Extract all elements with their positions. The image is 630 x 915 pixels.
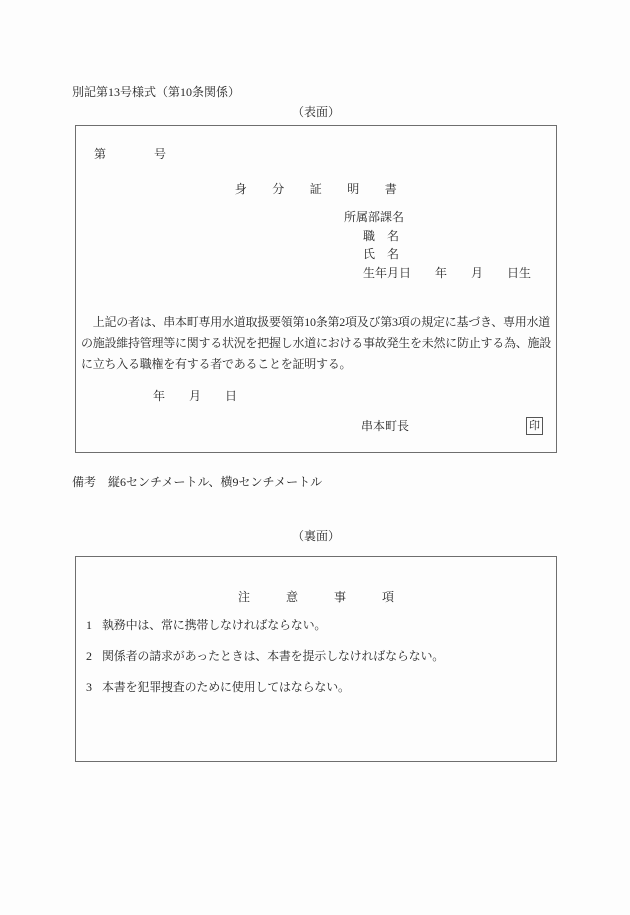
back-notice-box: 注 意 事 項 1 執務中は、常に携帯しなければならない。 2 関係者の請求があ… xyxy=(75,556,557,762)
remarks-note: 備考 縦6センチメートル、横9センチメートル xyxy=(72,474,322,490)
document-number-line: 第 号 xyxy=(94,146,166,162)
field-name: 氏 名 xyxy=(363,245,531,264)
front-certificate-box: 第 号 身 分 証 明 書 所属部課名 職 名 氏 名 生年月日 年 月 日生 … xyxy=(75,125,557,453)
paragraph-line: の施設維持管理等に関する状況を把握し水道における事故発生を未然に防止する為、施設 xyxy=(81,333,551,354)
issuer-title: 串本町長 xyxy=(361,418,409,434)
certificate-title: 身 分 証 明 書 xyxy=(76,181,556,197)
seal-mark: 印 xyxy=(526,417,543,435)
paragraph-line: に立ち入る職権を有する者であることを証明する。 xyxy=(81,354,551,375)
notice-item: 1 執務中は、常に携帯しなければならない。 xyxy=(86,617,546,633)
field-position: 職 名 xyxy=(363,227,531,246)
notice-item: 2 関係者の請求があったときは、本書を提示しなければならない。 xyxy=(86,648,546,664)
paragraph-line: 上記の者は、串本町専用水道取扱要領第10条第2項及び第3項の規定に基づき、専用水… xyxy=(81,312,551,333)
form-style-header: 別記第13号様式（第10条関係） xyxy=(72,84,240,100)
document-page: 別記第13号様式（第10条関係） （表面） 第 号 身 分 証 明 書 所属部課… xyxy=(0,0,630,915)
identity-fields: 所属部課名 職 名 氏 名 生年月日 年 月 日生 xyxy=(344,208,531,282)
notice-item: 3 本書を犯罪捜査のために使用してはならない。 xyxy=(86,679,546,695)
issue-date-line: 年 月 日 xyxy=(153,388,237,404)
back-side-label: （裏面） xyxy=(75,528,557,544)
field-birthdate: 生年月日 年 月 日生 xyxy=(363,264,531,283)
certification-paragraph: 上記の者は、串本町専用水道取扱要領第10条第2項及び第3項の規定に基づき、専用水… xyxy=(81,312,551,375)
field-department: 所属部課名 xyxy=(344,208,531,227)
notice-item-text: 執務中は、常に携帯しなければならない。 xyxy=(102,617,546,633)
notice-item-number: 3 xyxy=(86,679,102,695)
notice-item-number: 1 xyxy=(86,617,102,633)
notice-title: 注 意 事 項 xyxy=(76,589,556,605)
issuer-row: 串本町長 印 xyxy=(76,418,556,436)
front-side-label: （表面） xyxy=(75,104,557,120)
notice-item-text: 本書を犯罪捜査のために使用してはならない。 xyxy=(102,679,546,695)
notice-item-text: 関係者の請求があったときは、本書を提示しなければならない。 xyxy=(102,648,546,664)
notice-item-number: 2 xyxy=(86,648,102,664)
notice-items: 1 執務中は、常に携帯しなければならない。 2 関係者の請求があったときは、本書… xyxy=(86,617,546,710)
